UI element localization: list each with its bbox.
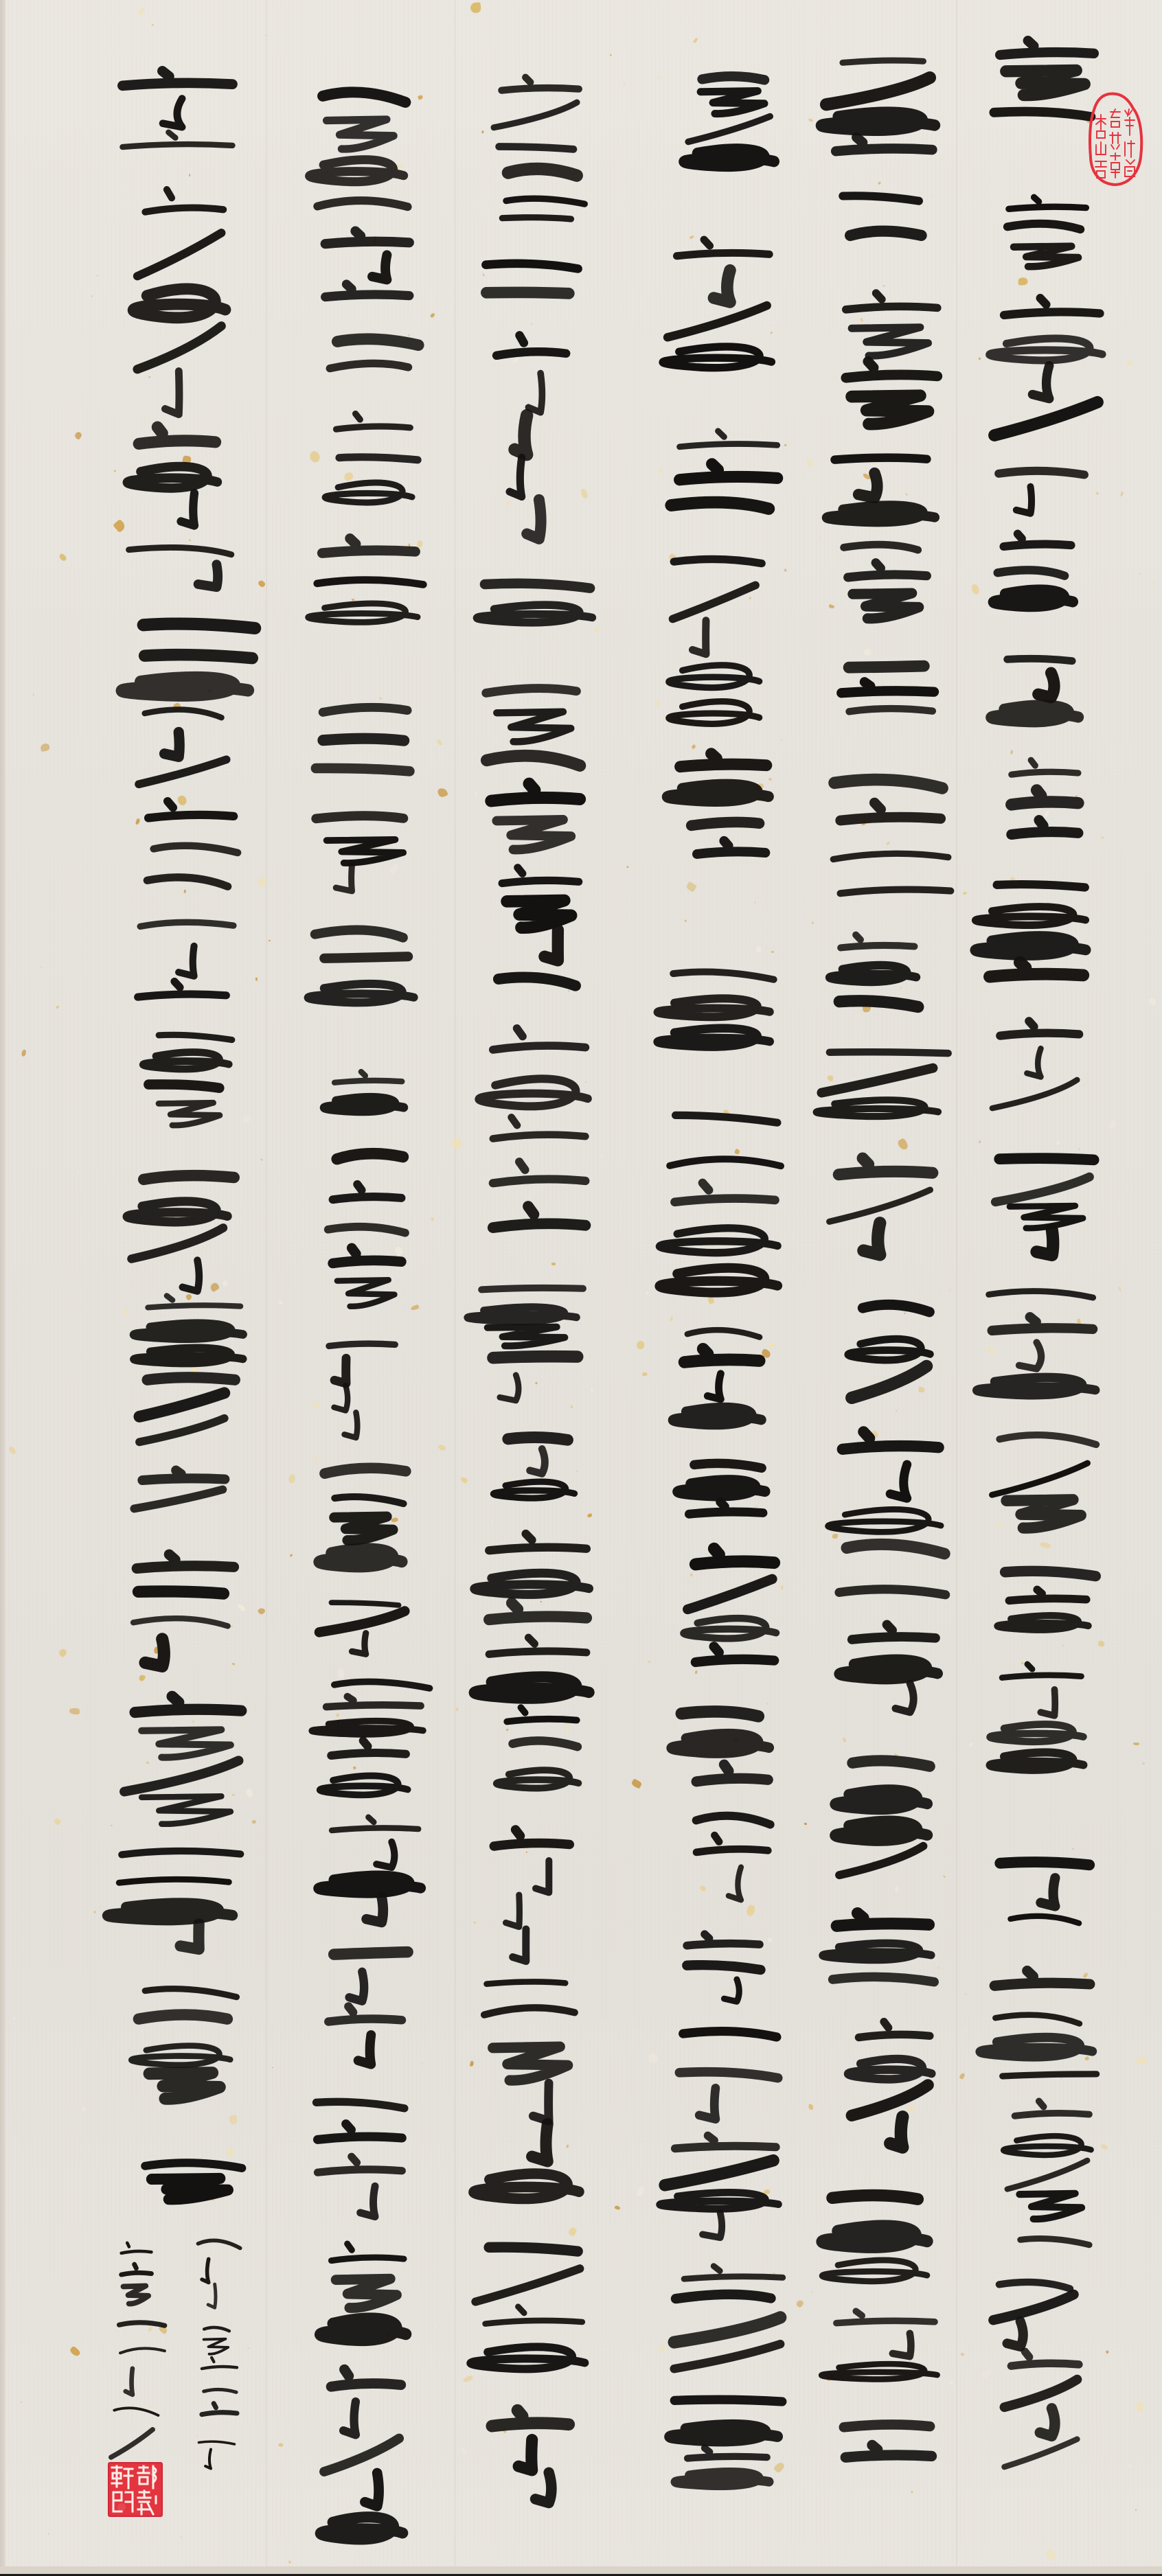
character: 妖 (658, 961, 795, 1050)
character: 陆 (975, 194, 1113, 268)
gold-fleck (48, 2533, 49, 2534)
brush-strokes (302, 2240, 433, 2345)
character: 丑 (192, 2319, 244, 2355)
brush-strokes (814, 47, 958, 163)
character: 而 (658, 750, 795, 805)
character: 枝 (658, 2021, 795, 2121)
character: 而 (814, 2308, 958, 2382)
gold-fleck (1139, 573, 1141, 575)
brush-strokes (814, 656, 958, 725)
gold-fleck (55, 1005, 59, 1009)
gold-fleck (962, 891, 967, 895)
signature: 鄧 義 軒 (109, 0, 167, 2576)
character: 爱 (814, 1427, 958, 1609)
brush-strokes (814, 529, 958, 620)
character: 木 (975, 457, 1113, 515)
character: 后 (302, 2240, 433, 2345)
character: 之 (814, 1751, 958, 1876)
brush-strokes (658, 60, 795, 170)
gold-fleck (451, 1138, 462, 1149)
seal-oval-icon (1086, 90, 1147, 189)
character: 者 (464, 1826, 604, 1997)
gold-fleck (290, 1554, 293, 1557)
character: 牡 (302, 700, 433, 780)
gold-fleck (964, 2028, 966, 2030)
brush-strokes (814, 761, 958, 909)
character: 泥 (814, 2183, 958, 2286)
gold-fleck (796, 2299, 804, 2308)
character: 爱 (302, 1940, 433, 2066)
character: 出 (814, 1910, 958, 1990)
character: 谓 (464, 1023, 604, 1245)
character: 爱 (975, 2097, 1113, 2251)
gold-fleck (811, 2292, 812, 2293)
gold-fleck (434, 2325, 437, 2328)
character: 远 (658, 2263, 795, 2369)
gold-fleck (437, 787, 448, 798)
character: 焉 (464, 671, 604, 851)
character: 玩 (464, 569, 604, 626)
brush-strokes (192, 2355, 244, 2424)
character: 花 (975, 646, 1113, 725)
character: 晋 (975, 1427, 1113, 1530)
brush-strokes (302, 700, 433, 780)
gold-fleck (97, 275, 99, 277)
character: 菊 (302, 1737, 433, 1799)
brush-strokes (192, 2233, 244, 2309)
brush-strokes (975, 1661, 1113, 1773)
brush-strokes (302, 1672, 433, 1737)
gold-fleck (69, 2345, 82, 2357)
brush-strokes (302, 1814, 433, 1924)
character: 世 (814, 446, 958, 525)
brush-strokes (658, 235, 795, 372)
brush-strokes (658, 2446, 795, 2488)
brush-strokes (302, 535, 433, 626)
brush-strokes (658, 1760, 795, 1902)
brush-strokes (302, 1069, 433, 1114)
character: 之 (464, 1422, 604, 1502)
gold-fleck (58, 1648, 68, 1658)
character: 亵 (464, 330, 604, 541)
brush-strokes (814, 932, 958, 1012)
gold-fleck (279, 1300, 283, 1304)
brush-strokes (975, 1149, 1113, 1256)
brush-strokes (658, 961, 795, 1050)
character: 外 (658, 1449, 795, 1524)
leading-seal (1086, 90, 1147, 189)
character: 不 (658, 1931, 795, 2003)
gold-fleck (798, 2208, 799, 2210)
gold-fleck (23, 336, 25, 338)
gold-fleck (297, 102, 299, 104)
brush-strokes (302, 1456, 433, 1570)
gold-fleck (12, 2016, 16, 2020)
gold-fleck (78, 1172, 80, 1174)
gold-fleck (279, 2443, 284, 2447)
character: 鄧 (109, 2240, 167, 2305)
character: 独 (814, 1296, 958, 1399)
gold-fleck (1128, 2464, 1132, 2468)
character: 花 (464, 2406, 604, 2505)
character: 月 (192, 2428, 244, 2470)
character: 噫 (302, 1672, 433, 1737)
character: 者 (302, 410, 433, 507)
gold-fleck (58, 553, 68, 562)
character: 之 (975, 531, 1113, 610)
calligraphy-column-3: 染 濯 清 涟 而 不 妖 中 通 外 直 不 蔓 不 枝 香 远 益 清 (658, 0, 795, 2576)
character: 富 (302, 1149, 433, 1308)
brush-strokes (814, 1621, 958, 1714)
brush-strokes (814, 446, 958, 525)
gold-fleck (459, 2278, 460, 2280)
character: 蔓 (658, 1760, 795, 1902)
gold-fleck (635, 2185, 647, 2198)
character: 之 (302, 1069, 433, 1114)
brush-strokes (658, 2393, 795, 2444)
character: 鲜 (302, 2365, 433, 2544)
brush-strokes (302, 80, 433, 222)
gold-fleck (53, 1817, 61, 1826)
gold-fleck (41, 966, 43, 968)
character: 自 (975, 2348, 1113, 2468)
gold-fleck (642, 1372, 648, 1377)
brush-strokes (192, 2428, 244, 2470)
brush-strokes (975, 1564, 1113, 1633)
brush-strokes (302, 1331, 433, 1439)
gold-fleck (631, 1778, 643, 1789)
gold-fleck (33, 694, 35, 696)
brush-strokes (814, 1427, 958, 1609)
gold-fleck (610, 54, 612, 56)
brush-strokes (658, 1545, 795, 1675)
gold-fleck (272, 2067, 273, 2068)
gold-fleck (265, 35, 266, 36)
brush-strokes (658, 1695, 795, 1757)
gold-fleck (1143, 1762, 1145, 1764)
brush-strokes (814, 1751, 958, 1876)
character: 也 (302, 535, 433, 626)
brush-strokes (975, 1427, 1113, 1530)
character: 草 (975, 294, 1113, 436)
brush-strokes (814, 2183, 958, 2286)
brush-strokes (464, 569, 604, 626)
character: 益 (658, 2393, 795, 2444)
character: 清 (658, 427, 795, 526)
brush-strokes (464, 194, 604, 228)
brush-strokes (302, 1940, 433, 2066)
brush-strokes (464, 251, 604, 308)
gold-fleck (1136, 2056, 1148, 2065)
gold-fleck (959, 2073, 966, 2080)
brush-strokes (109, 2398, 167, 2458)
character: 不 (464, 194, 604, 228)
brush-strokes (302, 1737, 433, 1799)
brush-strokes (975, 646, 1113, 725)
brush-strokes (975, 1967, 1113, 2092)
gold-fleck (808, 2104, 814, 2110)
character: 甚 (975, 1149, 1113, 1256)
gold-fleck (269, 940, 271, 941)
brush-strokes (464, 1422, 604, 1502)
brush-strokes (302, 808, 433, 893)
brush-strokes (302, 410, 433, 507)
brush-strokes (658, 2263, 795, 2369)
gold-fleck (40, 743, 50, 752)
character: 直 (658, 1545, 795, 1675)
gold-fleck (81, 2106, 87, 2112)
gold-fleck (1126, 360, 1132, 365)
character: 也 (464, 2001, 604, 2204)
gold-fleck (1135, 2509, 1137, 2511)
character: 陶 (302, 2087, 433, 2218)
character: 莲 (814, 1621, 958, 1714)
gold-fleck (1118, 1287, 1121, 1291)
brush-strokes (975, 294, 1113, 436)
brush-strokes (464, 1347, 604, 1402)
character: 爱 (975, 869, 1113, 989)
character: 不 (658, 810, 795, 865)
gold-fleck (648, 1660, 650, 1663)
gold-fleck (968, 1742, 973, 1747)
brush-strokes (464, 2406, 604, 2505)
character: 不 (658, 1695, 795, 1757)
character: 明 (975, 1847, 1113, 1938)
gold-fleck (21, 1049, 27, 1057)
brush-strokes (814, 184, 958, 247)
brush-strokes (975, 1017, 1113, 1109)
brush-strokes (814, 289, 958, 426)
brush-strokes (302, 2087, 433, 2218)
gold-fleck (455, 1707, 458, 1712)
gold-fleck (807, 460, 814, 467)
gold-fleck (804, 1822, 808, 1825)
calligraphy-column-4: 而 不 可 亵 玩 焉 予 谓 菊 花 之 隐 逸 者 也 莲 花 (464, 0, 604, 2576)
brush-strokes (464, 1278, 604, 1347)
character: 辛 (192, 2233, 244, 2309)
date-inscription: 辛 丑 冬 月 (192, 0, 244, 2576)
brush-strokes (302, 2365, 433, 2544)
character: 染 (658, 60, 795, 170)
character: 冬 (192, 2355, 244, 2424)
character: 君 (302, 228, 433, 308)
character: 菊 (464, 1278, 604, 1347)
character: 蕃 (975, 1285, 1113, 1399)
brush-strokes (109, 2312, 167, 2396)
character: 独 (975, 1967, 1113, 2092)
brush-strokes (658, 1449, 795, 1524)
brush-strokes (814, 1910, 958, 1990)
character: 丹 (814, 1040, 958, 1120)
brush-strokes (814, 2417, 958, 2468)
character: 予 (814, 1154, 958, 1256)
gold-fleck (437, 739, 443, 746)
calligraphy-column-2: 李 唐 来 世 人 甚 爱 牡 丹 予 独 爱 莲 之 出 淤 泥 而 不 (814, 0, 958, 2576)
character: 可 (975, 757, 1113, 847)
gold-fleck (965, 1994, 966, 1994)
gold-fleck (8, 1446, 17, 1456)
calligraphy-column-5: 之 君 子 者 也 牡 丹 花 之 富 贵 者 也 噫 菊 之 爱 陶 后 鲜 (302, 0, 433, 2576)
gold-fleck (614, 2205, 620, 2211)
brush-strokes (464, 2001, 604, 2204)
gold-fleck (1151, 582, 1155, 585)
gold-fleck (1136, 2401, 1144, 2412)
brush-strokes (814, 2018, 958, 2149)
gold-fleck (288, 2560, 291, 2564)
brush-strokes (464, 1023, 604, 1245)
gold-fleck (1120, 492, 1124, 496)
seal-square-icon (108, 2462, 163, 2517)
brush-strokes (464, 1530, 604, 1703)
brush-strokes (464, 330, 604, 541)
character: 濯 (658, 235, 795, 372)
gold-fleck (275, 1614, 277, 1617)
character: 唐 (814, 184, 958, 247)
character: 隐 (464, 1530, 604, 1703)
brush-strokes (975, 1285, 1113, 1399)
character: 淤 (814, 2018, 958, 2149)
gold-fleck (1133, 1742, 1139, 1745)
brush-strokes (975, 2097, 1113, 2251)
gold-fleck (437, 1444, 446, 1451)
gold-fleck (94, 1911, 95, 1913)
brush-strokes (975, 2348, 1113, 2468)
character: 而 (464, 74, 604, 182)
brush-strokes (302, 1149, 433, 1308)
character: 贵 (302, 1331, 433, 1439)
gold-fleck (637, 1340, 646, 1350)
character: 莲 (464, 2231, 604, 2373)
character: 義 (109, 2312, 167, 2396)
gold-fleck (74, 431, 83, 440)
brush-strokes (658, 1099, 795, 1298)
brush-strokes (658, 2021, 795, 2121)
brush-strokes (658, 427, 795, 526)
gold-fleck (646, 1291, 648, 1295)
brush-strokes (975, 2266, 1113, 2348)
gold-fleck (624, 84, 626, 86)
brush-strokes (464, 1826, 604, 1997)
brush-strokes (658, 1318, 795, 1428)
character: 者 (302, 1456, 433, 1570)
character: 予 (464, 864, 604, 995)
calligraphy-column-1: 水 陆 草 木 之 花 可 爱 者 甚 蕃 晋 陶 渊 明 独 爱 菊 自 (975, 0, 1113, 2576)
character: 渊 (975, 1661, 1113, 1773)
brush-strokes (302, 915, 433, 1007)
gold-fleck (21, 2402, 22, 2403)
artist-seal: 鄧義軒印 (108, 2462, 163, 2517)
brush-strokes (192, 2319, 244, 2355)
brush-strokes (464, 1704, 604, 1792)
brush-strokes (814, 1154, 958, 1256)
character: 甚 (814, 656, 958, 725)
paper-scroll: 水 陆 草 木 之 花 可 爱 者 甚 蕃 晋 陶 渊 明 独 爱 菊 自 李 … (0, 0, 1162, 2576)
character: 者 (975, 1017, 1113, 1109)
brush-strokes (302, 330, 433, 387)
brush-strokes (658, 2132, 795, 2239)
character: 也 (302, 1587, 433, 1655)
character: 香 (658, 2132, 795, 2239)
brush-strokes (658, 750, 795, 805)
brush-strokes (658, 547, 795, 728)
gold-fleck (91, 295, 93, 297)
character: 之 (302, 1814, 433, 1924)
brush-strokes (814, 1040, 958, 1120)
gold-fleck (102, 751, 104, 753)
brush-strokes (302, 1587, 433, 1655)
character: 清 (658, 2446, 795, 2488)
brush-strokes (975, 194, 1113, 268)
brush-strokes (975, 869, 1113, 989)
brush-strokes (464, 2231, 604, 2373)
brush-strokes (658, 1931, 795, 2003)
character: 軒 (109, 2398, 167, 2458)
gold-fleck (627, 866, 629, 868)
character: 来 (814, 289, 958, 426)
character: 逸 (464, 1704, 604, 1792)
gold-fleck (1148, 997, 1157, 1007)
brush-strokes (464, 74, 604, 182)
character: 之 (302, 80, 433, 222)
brush-strokes (975, 757, 1113, 847)
character: 通 (658, 1318, 795, 1428)
character: 花 (464, 1347, 604, 1402)
brush-strokes (109, 2240, 167, 2305)
brush-strokes (658, 810, 795, 865)
character: 陶 (975, 1564, 1113, 1633)
brush-strokes (975, 531, 1113, 610)
character: 花 (302, 915, 433, 1007)
character: 菊 (975, 2266, 1113, 2348)
gold-fleck (808, 118, 813, 123)
character: 牡 (814, 932, 958, 1012)
character: 爱 (814, 761, 958, 909)
character: 中 (658, 1099, 795, 1298)
brush-strokes (814, 1296, 958, 1399)
brush-strokes (975, 1847, 1113, 1938)
character: 子 (302, 330, 433, 387)
character: 不 (814, 2417, 958, 2468)
character: 可 (464, 251, 604, 308)
brush-strokes (814, 2308, 958, 2382)
gold-fleck (69, 1708, 80, 1714)
brush-strokes (302, 228, 433, 308)
character: 李 (814, 47, 958, 163)
brush-strokes (464, 864, 604, 995)
brush-strokes (464, 671, 604, 851)
gold-fleck (648, 2052, 658, 2063)
gold-fleck (288, 1474, 295, 1483)
character: 人 (814, 529, 958, 620)
character: 涟 (658, 547, 795, 728)
gold-fleck (961, 2352, 965, 2356)
brush-strokes (975, 457, 1113, 515)
character: 丹 (302, 808, 433, 893)
